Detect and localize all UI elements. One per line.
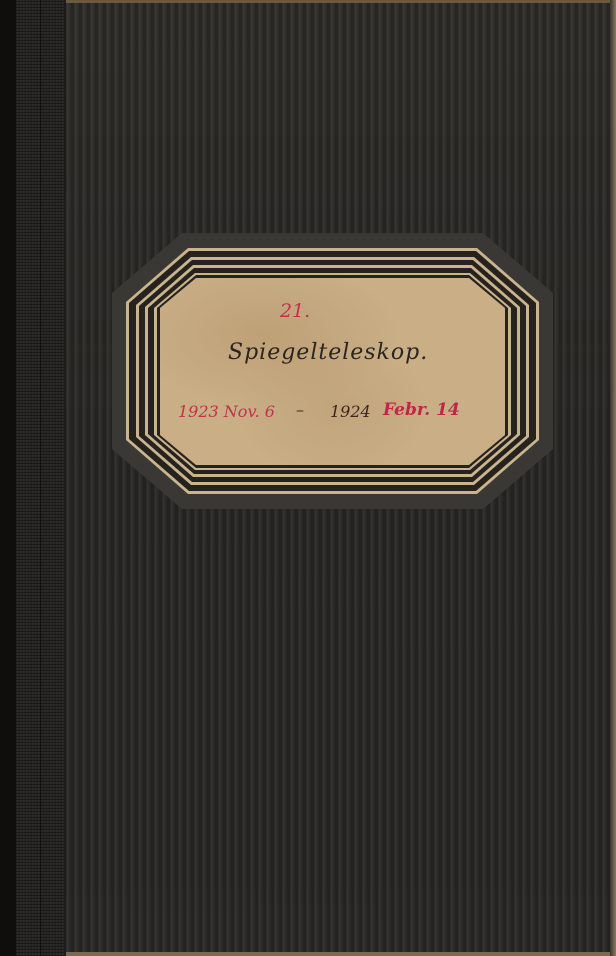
start-date: 1923 Nov. 6 xyxy=(178,402,275,421)
volume-number: 21. xyxy=(280,300,310,322)
notebook-title: Spiegelteleskop. xyxy=(228,340,428,365)
right-edge xyxy=(610,0,616,956)
end-year: 1924 xyxy=(330,402,371,421)
cloth-spine xyxy=(16,0,66,956)
spine-seam xyxy=(40,0,41,956)
left-edge xyxy=(0,0,16,956)
label-paper xyxy=(160,278,505,465)
end-date: Febr. 14 xyxy=(383,400,460,420)
date-separator: – xyxy=(296,400,304,419)
